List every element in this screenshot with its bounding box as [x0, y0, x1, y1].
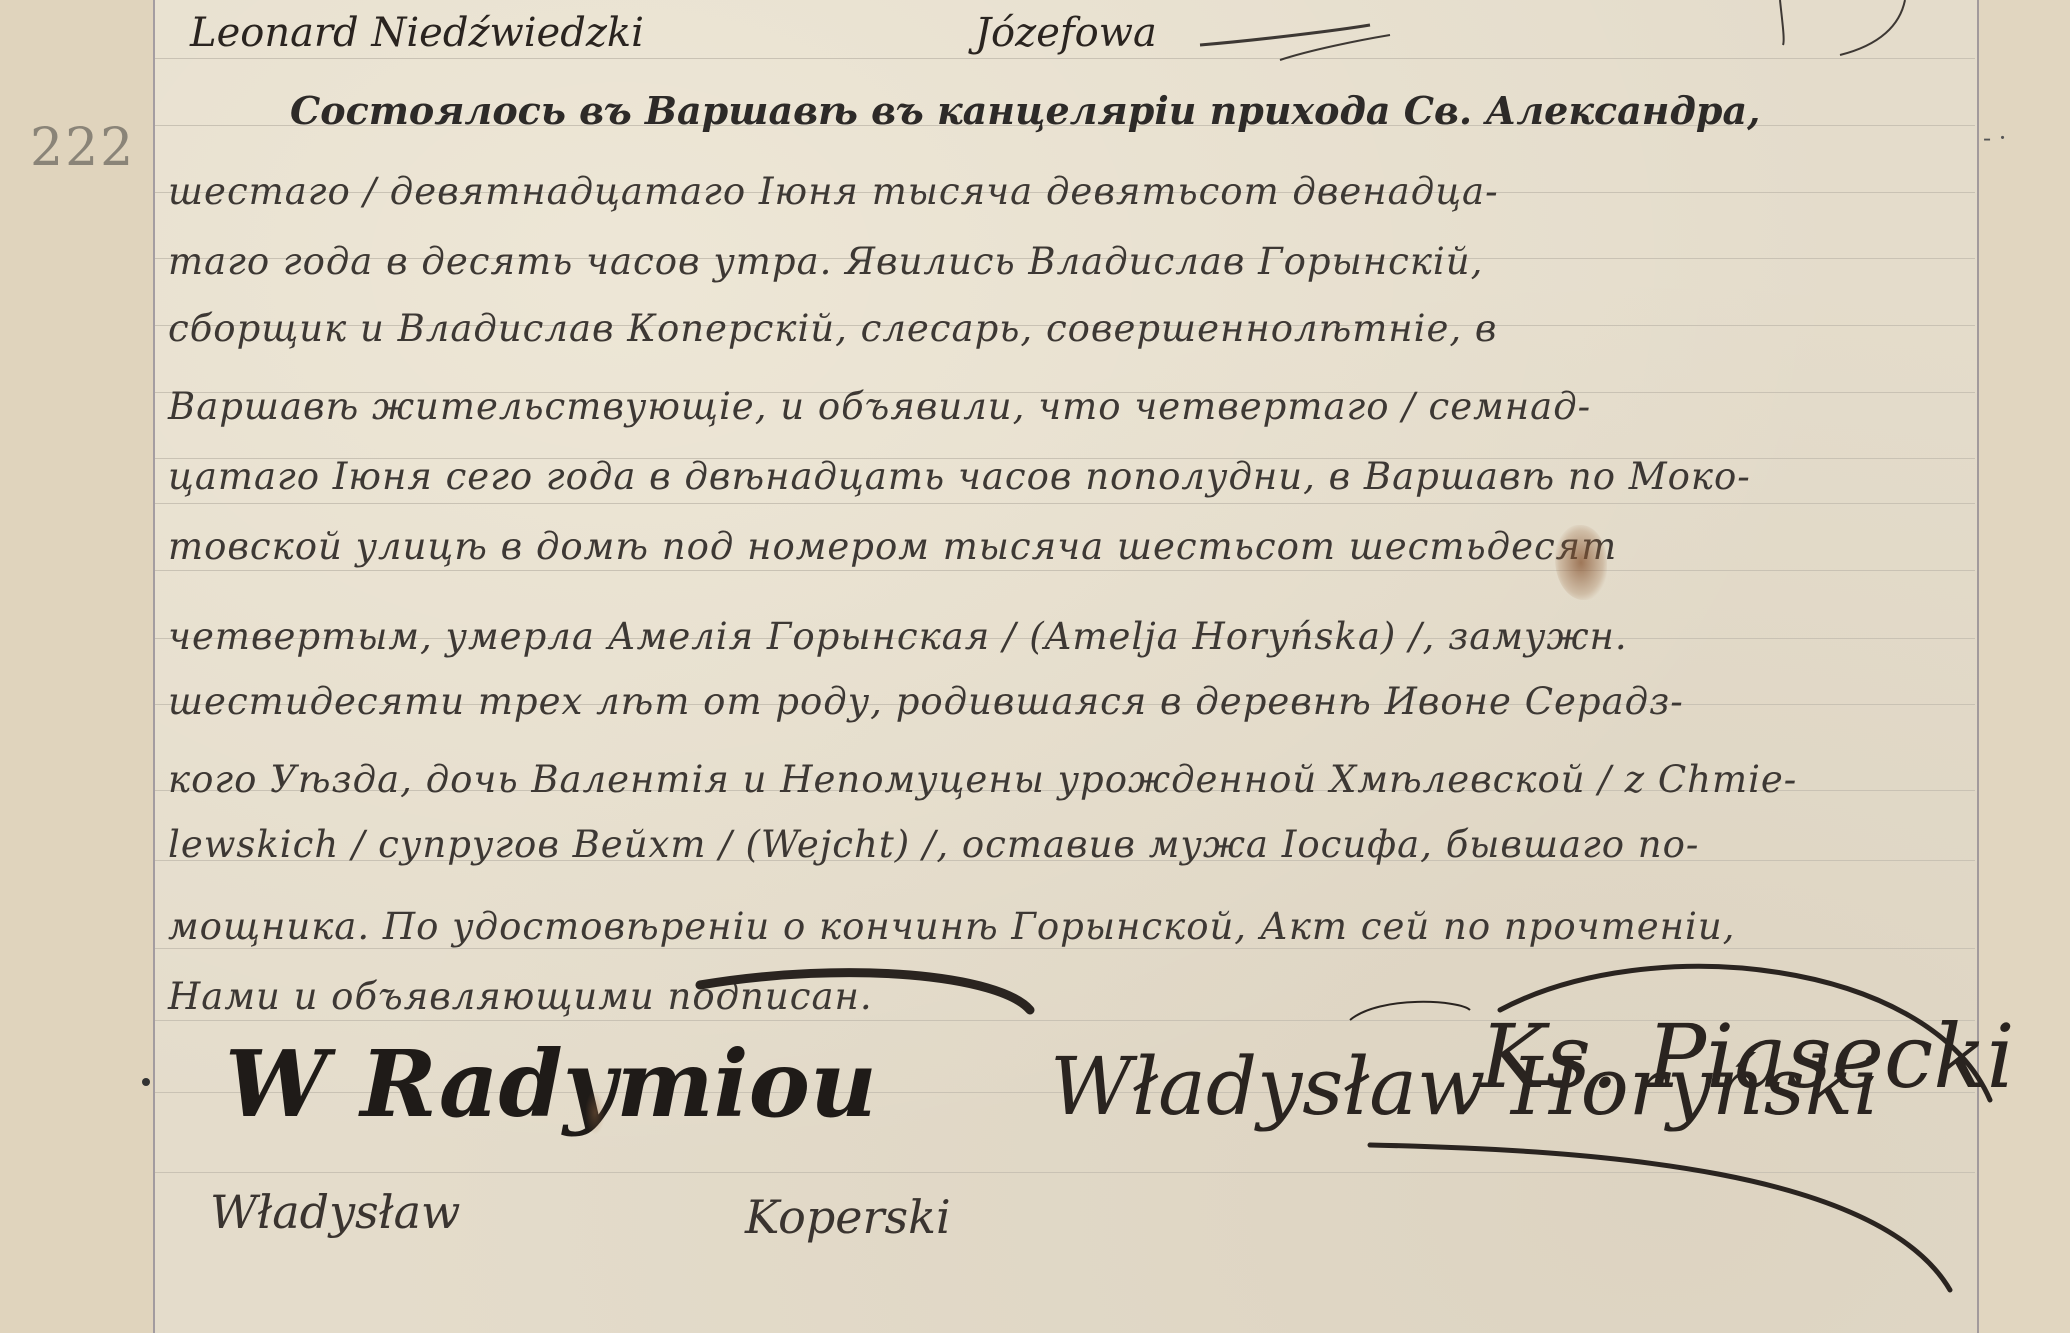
- signature-flourishes: [0, 0, 2070, 1333]
- bottom-signature-right: Koperski: [745, 1190, 951, 1244]
- margin-dot-mark: [142, 1078, 150, 1086]
- margin-dash-mark: - ·: [1983, 124, 2006, 152]
- bottom-signature-left: Władysław: [210, 1185, 460, 1239]
- document-page: 222 Leonard Niedźwiedzki Józefowa Состоя…: [0, 0, 2070, 1333]
- ink-stain: [585, 1090, 605, 1135]
